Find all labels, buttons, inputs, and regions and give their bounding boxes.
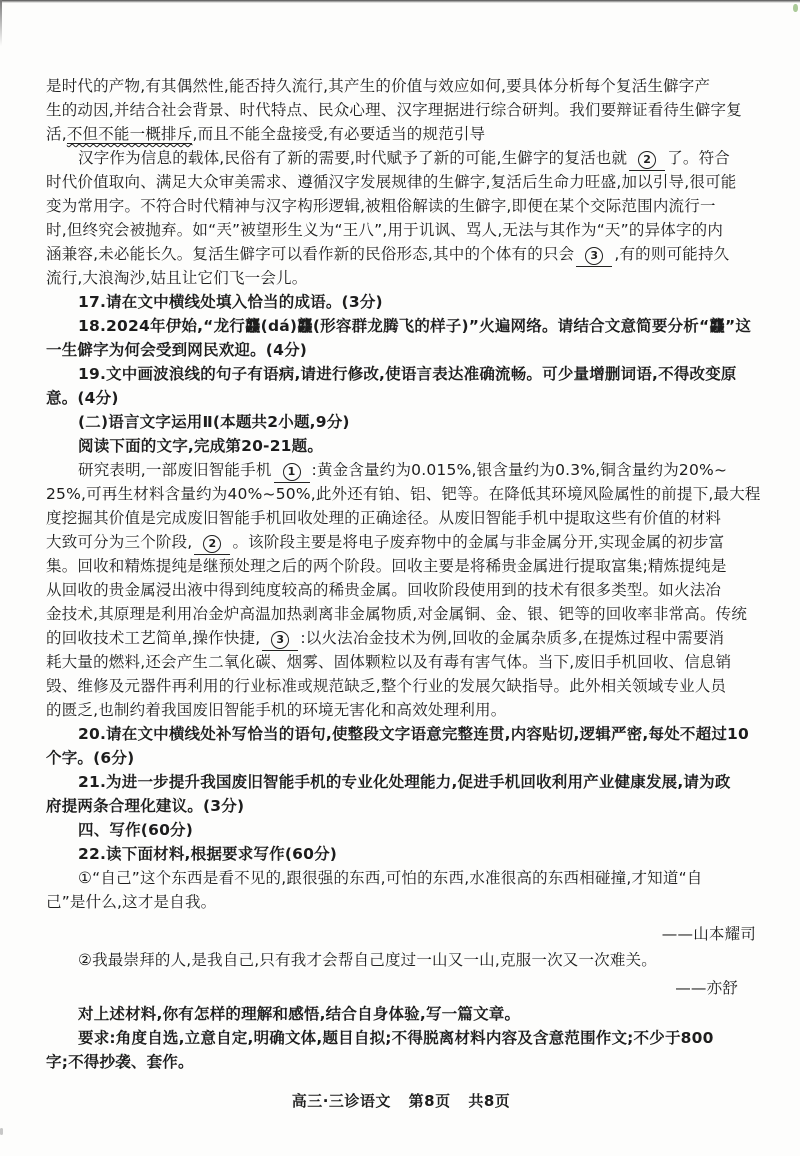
text-segment: 。该阶段主要是将电子废弃物中的金属与非金属分开,实现金属的初步富 xyxy=(232,533,724,551)
text-line: 汉字作为信息的载体,民俗有了新的需要,时代赋予了新的可能,生僻字的复活也就2了。… xyxy=(46,146,756,170)
text-line: 涵兼容,未必能长久。复活生僻字可以看作新的民俗形态,其中的个体有的只会3,有的则… xyxy=(46,242,756,266)
answer-blank: 3 xyxy=(262,626,298,651)
text-segment: ——亦舒 xyxy=(675,979,738,997)
circled-number: 2 xyxy=(203,535,221,553)
text-line: 活,不但不能一概排斥,而且不能全盘接受,有必要适当的规范引导 xyxy=(46,122,756,146)
text-line: 18.2024年伊始,“龙行龘(dá)龘(形容群龙腾飞的样子)”火遍网络。请结合… xyxy=(46,314,756,338)
text-segment: 时,但终究会被抛弃。如“兲”被望形生义为“王八”,用于讥讽、骂人,无法与其作为“… xyxy=(46,221,723,239)
text-line: 毁、维修及元器件再利用的行业标准或规范缺乏,整个行业的发展欠缺指导。此外相关领域… xyxy=(46,674,756,698)
text-segment: 18.2024年伊始,“龙行龘(dá)龘(形容群龙腾飞的样子)”火遍网络。请结合… xyxy=(78,317,751,335)
text-segment: 字;不得抄袭、套作。 xyxy=(46,1053,194,1071)
text-line: 耗大量的燃料,还会产生二氧化碳、烟雾、固体颗粒以及有毒有害气体。当下,废旧手机回… xyxy=(46,650,756,674)
text-line: 大致可分为三个阶段,2。该阶段主要是将电子废弃物中的金属与非金属分开,实现金属的… xyxy=(46,530,756,554)
footer-page-total: 共8页 xyxy=(468,1092,510,1110)
text-segment: 阅读下面的文字,完成第20-21题。 xyxy=(78,437,323,455)
text-segment: 是时代的产物,有其偶然性,能否持久流行,其产生的价值与效应如何,要具体分析每个复… xyxy=(46,77,710,95)
text-line: 的匮乏,也制约着我国废旧智能手机的环境无害化和高效处理利用。 xyxy=(46,698,756,722)
text-line: 集。回收和精炼提纯是继预处理之后的两个阶段。回收主要是将稀贵金属进行提取富集;精… xyxy=(46,554,756,578)
text-segment: 17.请在文中横线处填入恰当的成语。(3分) xyxy=(78,293,383,311)
text-line: ——亦舒 xyxy=(46,976,756,1000)
text-line: 己”是什么,这才是自我。 xyxy=(46,890,756,914)
text-segment: 要求:角度自选,立意自定,明确文体,题目自拟;不得脱离材料内容及含意范围作文;不… xyxy=(78,1029,714,1047)
wavy-underlined-text: 不但不能一概排斥 xyxy=(67,125,193,144)
text-segment: 一生僻字为何会受到网民欢迎。(4分) xyxy=(46,341,307,359)
answer-blank: 3 xyxy=(576,242,612,267)
text-segment: ①“自己”这个东西是看不见的,跟很强的东西,可怕的东西,水准很高的东西相碰撞,才… xyxy=(78,869,703,887)
text-line: 是时代的产物,有其偶然性,能否持久流行,其产生的价值与效应如何,要具体分析每个复… xyxy=(46,74,756,98)
circled-number: 1 xyxy=(283,463,301,481)
scan-edge-artifact xyxy=(0,0,2,46)
text-segment: (二)语言文字运用Ⅱ(本题共2小题,9分) xyxy=(78,413,350,431)
answer-blank: 2 xyxy=(194,530,230,555)
text-segment: 大致可分为三个阶段, xyxy=(46,533,192,551)
text-segment: 对上述材料,你有怎样的理解和感悟,结合自身体验,写一篇文章。 xyxy=(78,1005,520,1023)
text-segment: 金技术,其原理是利用冶金炉高温加热剥离非金属物质,对金属铜、金、银、钯等的回收率… xyxy=(46,605,747,623)
scan-edge-artifact xyxy=(0,0,800,3)
text-segment: 的匮乏,也制约着我国废旧智能手机的环境无害化和高效处理利用。 xyxy=(46,701,506,719)
circled-number: 3 xyxy=(271,631,289,649)
footer-page-number: 第8页 xyxy=(409,1092,451,1110)
text-line: 变为常用字。不符合时代精神与汉字构形逻辑,被粗俗解读的生僻字,即便在某个交际范围… xyxy=(46,194,756,218)
text-segment: 四、写作(60分) xyxy=(78,821,193,839)
text-segment: :黄金含量约为0.015%,银含量约为0.3%,铜含量约为20%~ xyxy=(312,461,728,479)
circled-number: 2 xyxy=(638,151,656,169)
text-segment: 21.为进一步提升我国废旧智能手机的专业化处理能力,促进手机回收利用产业健康发展… xyxy=(78,773,731,791)
text-line: 字;不得抄袭、套作。 xyxy=(46,1050,756,1074)
text-segment: 20.请在文中横线处补写恰当的语句,使整段文字语意完整连贯,内容贴切,逻辑严密,… xyxy=(78,725,749,743)
text-line: 阅读下面的文字,完成第20-21题。 xyxy=(46,434,756,458)
text-segment: 集。回收和精炼提纯是继预处理之后的两个阶段。回收主要是将稀贵金属进行提取富集;精… xyxy=(46,557,727,575)
text-line: 要求:角度自选,立意自定,明确文体,题目自拟;不得脱离材料内容及含意范围作文;不… xyxy=(46,1026,756,1050)
text-line: 25%,可再生材料含量约为40%~50%,此外还有铂、铝、钯等。在降低其环境风险… xyxy=(46,482,756,506)
answer-blank: 2 xyxy=(629,146,665,171)
text-segment: 涵兼容,未必能长久。复活生僻字可以看作新的民俗形态,其中的个体有的只会 xyxy=(46,245,574,263)
text-line: 金技术,其原理是利用冶金炉高温加热剥离非金属物质,对金属铜、金、银、钯等的回收率… xyxy=(46,602,756,626)
text-line: ②我最崇拜的人,是我自己,只有我才会帮自己度过一山又一山,克服一次又一次难关。 xyxy=(46,948,756,972)
text-segment: 22.读下面材料,根据要求写作(60分) xyxy=(78,845,337,863)
text-line: (二)语言文字运用Ⅱ(本题共2小题,9分) xyxy=(46,410,756,434)
text-line: 度挖掘其价值是完成废旧智能手机回收处理的正确途径。从废旧智能手机中提取这些有价值… xyxy=(46,506,756,530)
answer-blank: 1 xyxy=(274,458,310,483)
text-segment: 度挖掘其价值是完成废旧智能手机回收处理的正确途径。从废旧智能手机中提取这些有价值… xyxy=(46,509,721,527)
text-segment: 耗大量的燃料,还会产生二氧化碳、烟雾、固体颗粒以及有毒有害气体。当下,废旧手机回… xyxy=(46,653,731,671)
text-line: 研究表明,一部废旧智能手机1:黄金含量约为0.015%,银含量约为0.3%,铜含… xyxy=(46,458,756,482)
exam-page-scan: 是时代的产物,有其偶然性,能否持久流行,其产生的价值与效应如何,要具体分析每个复… xyxy=(0,0,800,1156)
text-segment: ,有的则可能持久 xyxy=(614,245,729,263)
footer-course-label: 高三·三诊语文 xyxy=(292,1092,391,1110)
text-line: 一生僻字为何会受到网民欢迎。(4分) xyxy=(46,338,756,362)
scan-speck-artifact xyxy=(0,1128,3,1135)
page-footer: 高三·三诊语文 第8页 共8页 xyxy=(46,1090,756,1111)
scan-speck-artifact xyxy=(793,4,798,12)
text-segment: 个字。(6分) xyxy=(46,749,134,767)
text-line: 19.文中画波浪线的句子有语病,请进行修改,使语言表达准确流畅。可少量增删词语,… xyxy=(46,362,756,386)
text-line: 20.请在文中横线处补写恰当的语句,使整段文字语意完整连贯,内容贴切,逻辑严密,… xyxy=(46,722,756,746)
text-segment: 汉字作为信息的载体,民俗有了新的需要,时代赋予了新的可能,生僻字的复活也就 xyxy=(78,149,627,167)
circled-number: 3 xyxy=(585,247,603,265)
text-segment: 流行,大浪淘沙,姑且让它们飞一会儿。 xyxy=(46,269,307,287)
text-line: ——山本耀司 xyxy=(46,922,756,946)
text-line: 21.为进一步提升我国废旧智能手机的专业化处理能力,促进手机回收利用产业健康发展… xyxy=(46,770,756,794)
text-line: 时,但终究会被抛弃。如“兲”被望形生义为“王八”,用于讥讽、骂人,无法与其作为“… xyxy=(46,218,756,242)
text-lines: 是时代的产物,有其偶然性,能否持久流行,其产生的价值与效应如何,要具体分析每个复… xyxy=(46,74,756,1074)
text-segment: 府提两条合理化建议。(3分) xyxy=(46,797,244,815)
text-line: 府提两条合理化建议。(3分) xyxy=(46,794,756,818)
text-segment: 时代价值取向、满足大众审美需求、遵循汉字发展规律的生僻字,复活后生命力旺盛,加以… xyxy=(46,173,736,191)
text-line: 的回收技术工艺简单,操作快捷,3:以火法冶金技术为例,回收的金属杂质多,在提炼过… xyxy=(46,626,756,650)
text-segment: ——山本耀司 xyxy=(662,925,756,943)
text-line: 意。(4分) xyxy=(46,386,756,410)
text-segment: :以火法冶金技术为例,回收的金属杂质多,在提炼过程中需要消 xyxy=(300,629,724,647)
text-line: 时代价值取向、满足大众审美需求、遵循汉字发展规律的生僻字,复活后生命力旺盛,加以… xyxy=(46,170,756,194)
text-line: 流行,大浪淘沙,姑且让它们飞一会儿。 xyxy=(46,266,756,290)
text-line: 对上述材料,你有怎样的理解和感悟,结合自身体验,写一篇文章。 xyxy=(46,1002,756,1026)
text-segment: ②我最崇拜的人,是我自己,只有我才会帮自己度过一山又一山,克服一次又一次难关。 xyxy=(78,951,657,969)
text-segment: 研究表明,一部废旧智能手机 xyxy=(78,461,272,479)
text-segment: 生的动因,并结合社会背景、时代特点、民众心理、汉字理据进行综合研判。我们要辩证看… xyxy=(46,101,742,119)
text-segment: ,而且不能全盘接受,有必要适当的规范引导 xyxy=(192,125,485,143)
text-segment: 19.文中画波浪线的句子有语病,请进行修改,使语言表达准确流畅。可少量增删词语,… xyxy=(78,365,737,383)
text-segment: 从回收的贵金属浸出液中得到纯度较高的稀贵金属。回收阶段使用到的技术有很多类型。如… xyxy=(46,581,721,599)
text-line: 四、写作(60分) xyxy=(46,818,756,842)
text-line: 22.读下面材料,根据要求写作(60分) xyxy=(46,842,756,866)
text-line: 个字。(6分) xyxy=(46,746,756,770)
text-segment: 意。(4分) xyxy=(46,389,119,407)
document-body: 是时代的产物,有其偶然性,能否持久流行,其产生的价值与效应如何,要具体分析每个复… xyxy=(0,0,800,1111)
text-segment: 了。符合 xyxy=(667,149,730,167)
text-segment: 的回收技术工艺简单,操作快捷, xyxy=(46,629,260,647)
text-segment: 活, xyxy=(46,125,67,143)
text-segment: 变为常用字。不符合时代精神与汉字构形逻辑,被粗俗解读的生僻字,即便在某个交际范围… xyxy=(46,197,716,215)
text-line: ①“自己”这个东西是看不见的,跟很强的东西,可怕的东西,水准很高的东西相碰撞,才… xyxy=(46,866,756,890)
text-line: 从回收的贵金属浸出液中得到纯度较高的稀贵金属。回收阶段使用到的技术有很多类型。如… xyxy=(46,578,756,602)
text-segment: 己”是什么,这才是自我。 xyxy=(46,893,216,911)
text-segment: 25%,可再生材料含量约为40%~50%,此外还有铂、铝、钯等。在降低其环境风险… xyxy=(46,485,761,503)
text-line: 17.请在文中横线处填入恰当的成语。(3分) xyxy=(46,290,756,314)
text-line: 生的动因,并结合社会背景、时代特点、民众心理、汉字理据进行综合研判。我们要辩证看… xyxy=(46,98,756,122)
text-segment: 毁、维修及元器件再利用的行业标准或规范缺乏,整个行业的发展欠缺指导。此外相关领域… xyxy=(46,677,726,695)
